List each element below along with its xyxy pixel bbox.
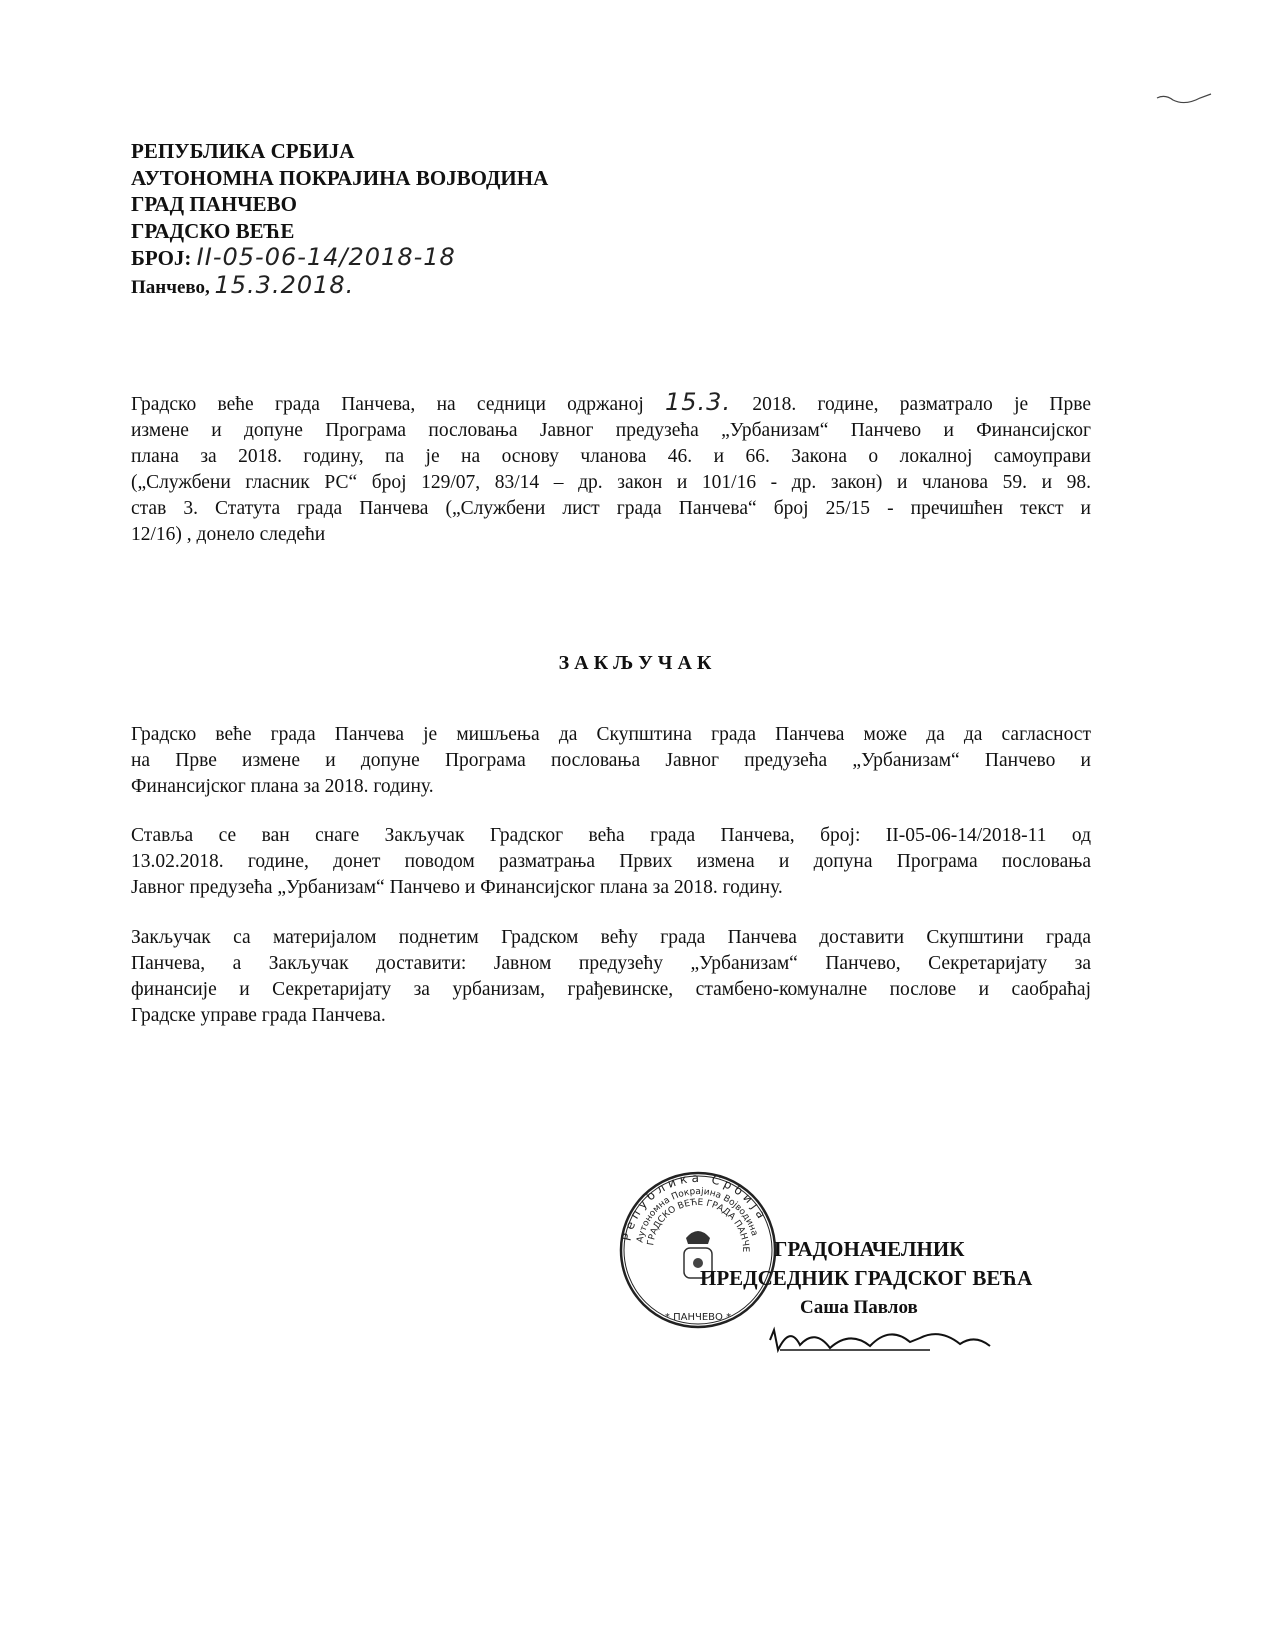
signatory-title-council: ПРЕДСЕДНИК ГРАДСКОГ ВЕЋА <box>700 1264 1032 1293</box>
paragraph-1: Градско веће града Панчева је мишљења да… <box>131 722 1091 800</box>
intro-row-2: измене и допуне Програма пословања Јавно… <box>131 418 1091 444</box>
paragraph-2: Ставља се ван снаге Закључак Градског ве… <box>131 823 1091 901</box>
handwritten-mark <box>1155 92 1215 117</box>
intro-row-1: Градско веће града Панчева, на седници о… <box>131 389 1091 418</box>
signature-block: ГРАДОНАЧЕЛНИК ПРЕДСЕДНИК ГРАДСКОГ ВЕЋА С… <box>700 1235 1032 1322</box>
header-line-province: АУТОНОМНА ПОКРАЈИНА ВОЈВОДИНА <box>131 165 548 192</box>
document-header: РЕПУБЛИКА СРБИЈА АУТОНОМНА ПОКРАЈИНА ВОЈ… <box>131 138 548 301</box>
document-title: ЗАКЉУЧАК <box>0 652 1275 675</box>
date-value: 15.3.2018. <box>215 271 355 299</box>
header-line-city: ГРАД ПАНЧЕВО <box>131 191 548 218</box>
number-value: II-05-06-14/2018-18 <box>197 243 456 271</box>
header-line-republic: РЕПУБЛИКА СРБИЈА <box>131 138 548 165</box>
place-label: Панчево, <box>131 277 210 298</box>
signatory-title-mayor: ГРАДОНАЧЕЛНИК <box>700 1235 1032 1264</box>
intro-row-4: („Службени гласник РС“ број 129/07, 83/1… <box>131 470 1091 496</box>
paragraph-3: Закључак са материјалом поднетим Градско… <box>131 925 1091 1029</box>
handwritten-signature <box>760 1320 1010 1365</box>
intro-row-3: плана за 2018. годину, па је на основу ч… <box>131 444 1091 470</box>
header-number: БРОЈ: II-05-06-14/2018-18 <box>131 244 548 272</box>
intro-paragraph: Градско веће града Панчева, на седници о… <box>131 389 1091 548</box>
intro-row-6: 12/16) , донело следећи <box>131 522 1091 548</box>
intro-row-5: став 3. Статута града Панчева („Службени… <box>131 496 1091 522</box>
session-date: 15.3. <box>665 388 731 416</box>
number-label: БРОЈ: <box>131 246 191 270</box>
header-line-council: ГРАДСКО ВЕЋЕ <box>131 218 548 245</box>
signatory-name: Саша Павлов <box>700 1293 1032 1322</box>
header-place-date: Панчево, 15.3.2018. <box>131 272 548 302</box>
